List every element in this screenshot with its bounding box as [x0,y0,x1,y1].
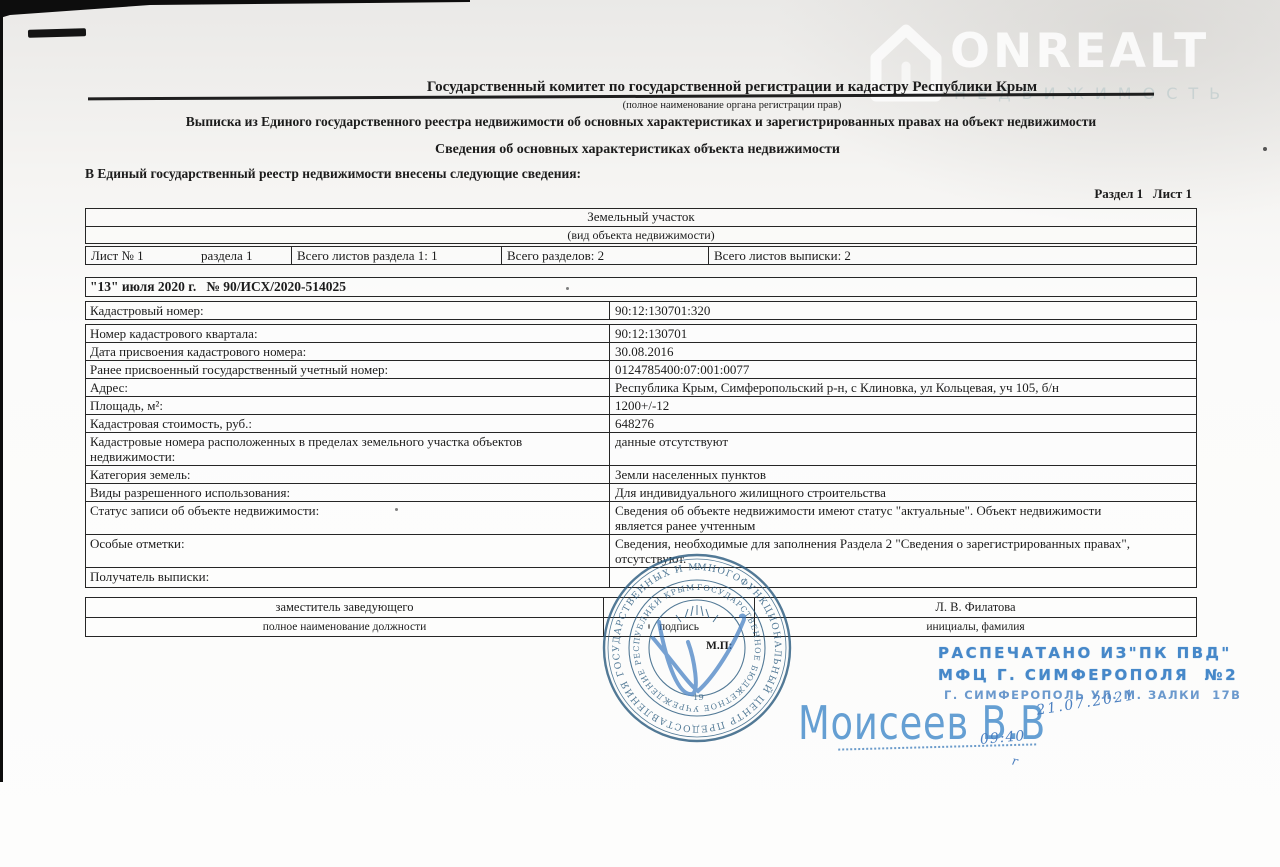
position-caption: полное наименование должности [86,617,603,636]
signatory-name: Л. В. Филатова [754,598,1196,617]
attribute-value: Республика Крым, Симферопольский р-н, с … [609,379,1196,396]
table-row: Виды разрешенного использования:Для инди… [86,483,1196,501]
attribute-value: 90:12:130701:320 [609,302,1196,319]
section-title: Сведения об основных характеристиках объ… [85,142,1190,158]
intro-line: В Единый государственный реестр недвижим… [85,166,581,182]
attribute-label: Адрес: [86,379,609,396]
total-sheets: Всего листов выписки: 2 [708,247,1196,264]
table-row: Площадь, м²:1200+/-12 [86,396,1196,414]
watermark-brand: ONREALT [950,24,1209,79]
official-round-seal: МНОГОФУНКЦИОНАЛЬНЫЙ ЦЕНТР ПРЕДОСТАВЛЕНИЯ… [597,548,797,748]
mfc-stamp-line2: МФЦ Г. СИМФЕРОПОЛЯ №2 [938,666,1238,684]
attribute-value: данные отсутствуют [609,433,1196,465]
attribute-value: 90:12:130701 [609,325,1196,342]
attribute-label: Дата присвоения кадастрового номера: [86,343,609,360]
sheet-number: Лист № 1 [86,247,196,264]
watermark: ONREALT НЕДВИЖИМОСТЬ [862,14,1252,114]
attribute-label: Виды разрешенного использования: [86,484,609,501]
mfc-stamp-line1: РАСПЕЧАТАНО ИЗ"ПК ПВД" [938,644,1232,662]
handwritten-mark: r [1011,754,1020,769]
attribute-label: Получатель выписки: [86,568,609,587]
attribute-label: Особые отметки: [86,535,609,567]
attribute-label: Статус записи об объекте недвижимости: [86,502,609,534]
document-title: Выписка из Единого государственного реес… [85,114,1197,130]
attribute-value: Для индивидуального жилищного строительс… [609,484,1196,501]
attribute-label: Номер кадастрового квартала: [86,325,609,342]
table-row: Номер кадастрового квартала:90:12:130701 [86,325,1196,342]
total-sheets-section: Всего листов раздела 1: 1 [291,247,501,264]
total-sections: Всего разделов: 2 [501,247,708,264]
table-row: Кадастровый номер: 90:12:130701:320 [86,302,1196,319]
attribute-label: Кадастровые номера расположенных в преде… [86,433,609,465]
attribute-value: 648276 [609,415,1196,432]
table-row: Ранее присвоенный государственный учетны… [86,360,1196,378]
attribute-label: Кадастровый номер: [86,302,609,319]
table-row: Дата присвоения кадастрового номера:30.0… [86,342,1196,360]
sheet-info-box: Лист № 1 раздела 1 Всего листов раздела … [85,246,1197,265]
table-row: Кадастровые номера расположенных в преде… [86,432,1196,465]
attribute-value: 1200+/-12 [609,397,1196,414]
table-row: Категория земель:Земли населенных пункто… [86,465,1196,483]
name-caption: инициалы, фамилия [754,617,1196,636]
scan-mark-dash [28,28,86,38]
org-subtitle: (полное наименование органа регистрации … [432,100,1032,111]
section-page-label: Раздел 1 Лист 1 [900,186,1192,202]
table-row: Адрес:Республика Крым, Симферопольский р… [86,378,1196,396]
attribute-label: Площадь, м²: [86,397,609,414]
document-page: ONREALT НЕДВИЖИМОСТЬ Государственный ком… [0,0,1280,867]
date-number-box: "13" июля 2020 г. № 90/ИСХ/2020-514025 [85,277,1197,297]
scan-edge-top [0,0,470,20]
attribute-label: Ранее присвоенный государственный учетны… [86,361,609,378]
attribute-value: 0124785400:07:001:0077 [609,361,1196,378]
table-row: Статус записи об объекте недвижимости:Св… [86,501,1196,534]
attribute-value: 30.08.2016 [609,343,1196,360]
signatory-position: заместитель заведующего [86,598,603,617]
sheet-section: раздела 1 [196,247,291,264]
attribute-value: Сведения об объекте недвижимости имеют с… [609,502,1196,534]
object-type-box: Земельный участок (вид объекта недвижимо… [85,208,1197,244]
object-type: Земельный участок [86,209,1196,226]
object-type-caption: (вид объекта недвижимости) [86,226,1196,244]
attribute-label: Категория земель: [86,466,609,483]
attribute-value: Земли населенных пунктов [609,466,1196,483]
attribute-label: Кадастровая стоимость, руб.: [86,415,609,432]
cadastral-number-box: Кадастровый номер: 90:12:130701:320 [85,301,1197,320]
scan-speck [1263,147,1267,151]
table-row: Кадастровая стоимость, руб.:648276 [86,414,1196,432]
scan-edge-left [0,0,3,782]
